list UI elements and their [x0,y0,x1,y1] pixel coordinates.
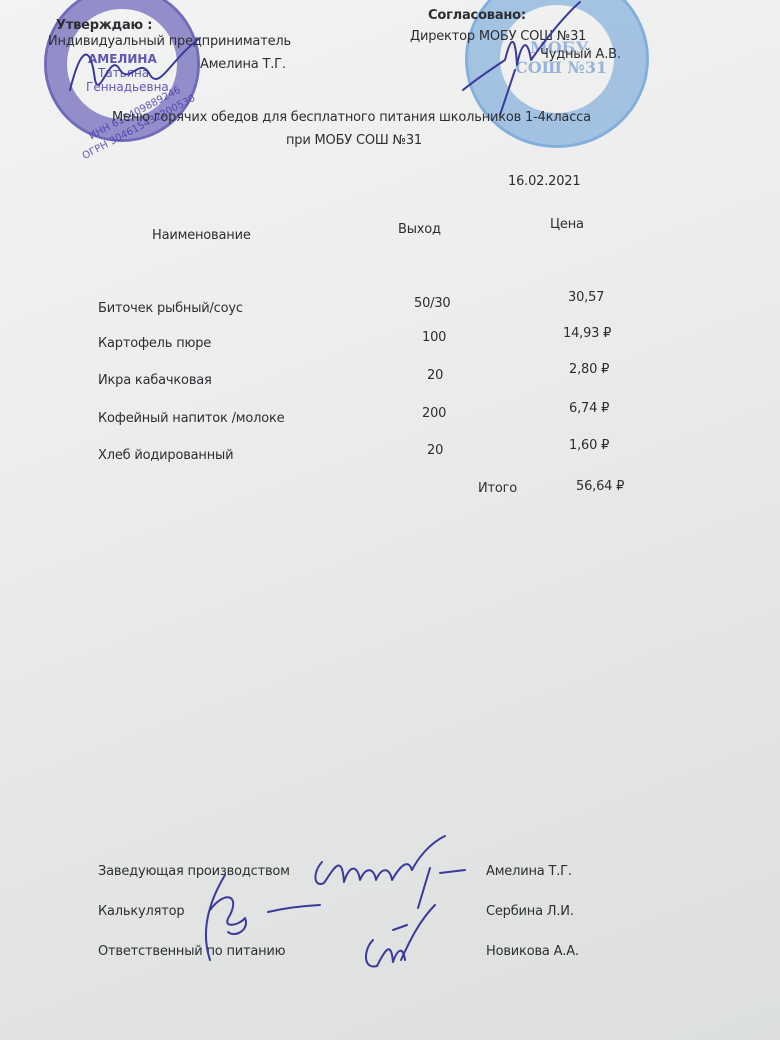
row-name: Кофейный напиток /молоке [98,411,284,426]
signature-role-calculator: Калькулятор [98,904,184,919]
signature-name-production: Амелина Т.Г. [486,864,572,879]
row-price: 30,57 [568,290,604,305]
total-label: Итого [478,481,517,496]
row-name: Икра кабачковая [98,373,212,388]
column-header-output: Выход [398,222,441,237]
column-header-price: Цена [550,217,584,232]
row-price: 14,93 ₽ [563,326,611,341]
menu-date: 16.02.2021 [508,174,580,189]
row-name: Картофель пюре [98,336,211,351]
row-name: Хлеб йодированный [98,448,233,463]
total-value: 56,64 ₽ [576,479,624,494]
row-output: 200 [422,406,446,421]
menu-title-line2: при МОБУ СОШ №31 [286,133,422,148]
column-header-name: Наименование [152,228,251,243]
row-output: 50/30 [414,296,450,311]
row-price: 1,60 ₽ [569,438,609,453]
row-price: 6,74 ₽ [569,401,609,416]
row-output: 100 [422,330,446,345]
row-output: 20 [427,368,443,383]
row-name: Биточек рыбный/соус [98,301,243,316]
signature-calculator-icon [180,870,330,970]
row-price: 2,80 ₽ [569,362,609,377]
signature-approver-icon [60,30,210,110]
signature-name-calculator: Сербина Л.И. [486,904,574,919]
signature-nutrition-icon [355,900,445,980]
signature-director-icon [455,0,585,120]
approve-name: Амелина Т.Г. [200,57,286,72]
menu-title-line1: Меню горячих обедов для бесплатного пита… [112,110,591,125]
signature-name-nutrition: Новикова А.А. [486,944,579,959]
row-output: 20 [427,443,443,458]
